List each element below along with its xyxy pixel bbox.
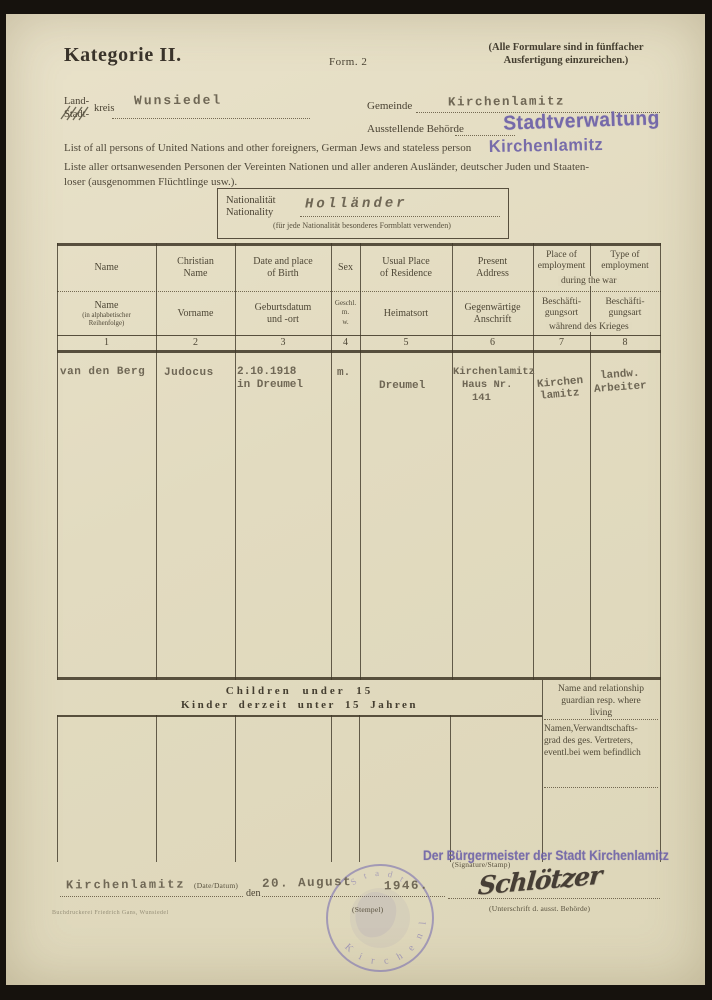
children-vline-left [57, 715, 58, 862]
copies-note-line2: Ausfertigung einzureichen.) [468, 55, 664, 68]
col3-number: 3 [235, 336, 331, 350]
nationality-note: (für jede Nationalität besonderes Formbl… [217, 221, 507, 230]
table-vline-right [660, 243, 661, 680]
authority-stamp-line2: Kirchenlamitz [489, 135, 604, 157]
col4-header-de: Geschl. m. w. [331, 292, 360, 334]
entry-address-line2: Haus Nr. [462, 379, 512, 391]
gemeinde-label: Gemeinde [367, 100, 412, 112]
col8-number: 8 [590, 336, 660, 350]
document-scan: Kategorie II. Form. 2 (Alle Formulare si… [0, 0, 712, 1000]
entry-christian-name: Judocus [164, 367, 214, 379]
col4-number: 4 [331, 336, 360, 350]
col7-number: 7 [533, 336, 590, 350]
kreis-label: kreis [94, 103, 114, 114]
district-value: Wunsiedel [134, 93, 222, 109]
col8-header-de: Beschäfti-gungsart [590, 294, 660, 322]
children-heading-de: Kinder derzeit unter 15 Jahren [57, 699, 542, 711]
table-bottom-line [57, 677, 661, 680]
col3-header-de: Geburtsdatumund -ort [235, 294, 331, 334]
guardian-box-dotted-2 [544, 787, 658, 788]
col4-header-en: Sex [331, 246, 360, 290]
entry-sex: m. [337, 367, 350, 379]
copies-note-line1: (Alle Formulare sind in fünffacher [468, 42, 664, 55]
employment-span-de: während des Krieges [546, 322, 632, 332]
footer-date-part2: 1946. [384, 879, 429, 894]
col1-header-de: Name (in alphabetischer Reihenfolge) [57, 294, 156, 334]
kreis-dotted-line [112, 118, 310, 119]
col1-header-en: Name [57, 246, 156, 290]
nationality-value: Holländer [305, 195, 408, 212]
guardian-box-right-line [660, 680, 661, 862]
col1-number: 1 [57, 336, 156, 350]
children-heading-line [57, 715, 542, 717]
col8-header-en: Type ofemployment [590, 246, 660, 276]
guardian-box-de: Namen,Verwandtschafts- grad des ges. Ver… [544, 723, 660, 759]
nationality-dotted-line [300, 216, 500, 217]
entry-birth-line1: 2.10.1918 [237, 366, 296, 378]
intro-german-line1: Liste aller ortsanwesenden Personen der … [64, 161, 589, 173]
entry-address-line3: 141 [472, 392, 491, 404]
entry-residence: Dreumel [379, 380, 425, 392]
intro-english: List of all persons of United Nations an… [64, 142, 471, 154]
entry-name: van den Berg [60, 366, 145, 378]
col2-header-de: Vorname [156, 294, 235, 334]
children-vline-4 [359, 715, 360, 862]
form-number: Form. 2 [329, 56, 367, 68]
children-heading-en: Children under 15 [57, 685, 542, 697]
stempel-label: (Stempel) [352, 905, 383, 914]
footer-date-part1: 20. August [262, 875, 352, 891]
strikethrough-mark [58, 104, 92, 122]
table-header-bottom-line [57, 350, 661, 353]
nationality-label-en: Nationality [226, 207, 273, 218]
col2-header-en: ChristianName [156, 246, 235, 290]
nationality-label-de: Nationalität [226, 195, 276, 206]
printer-imprint: Buchdruckerei Friedrich Gans, Wunsiedel [52, 910, 169, 916]
col3-header-en: Date and placeof Birth [235, 246, 331, 290]
paper-sheet [6, 14, 705, 985]
children-vline-3 [331, 715, 332, 862]
category-title: Kategorie II. [64, 44, 182, 67]
date-label: (Date/Datum) [194, 881, 238, 890]
employment-span-en: during the war [558, 276, 619, 286]
den-label: den [246, 888, 260, 899]
footer-place-dotted [60, 896, 243, 897]
entry-address-line1: Kirchenlamitz [453, 366, 535, 378]
authority-label: Ausstellende Behörde [367, 123, 464, 135]
col7-header-de: Beschäfti-gungsort [533, 294, 590, 322]
col6-header-de: GegenwärtigeAnschrift [452, 294, 533, 334]
signature-label: (Unterschrift d. ausst. Behörde) [489, 904, 590, 913]
children-vline-2 [235, 715, 236, 862]
guardian-box-dotted-1 [544, 719, 658, 720]
col5-number: 5 [360, 336, 452, 350]
gemeinde-value: Kirchenlamitz [448, 94, 565, 109]
entry-birth-line2: in Dreumel [237, 379, 303, 391]
intro-german-line2: loser (ausgenommen Flüchtlinge usw.). [64, 176, 237, 188]
col2-number: 2 [156, 336, 235, 350]
guardian-box-en: Name and relationship guardian resp. whe… [543, 684, 659, 720]
col7-header-en: Place ofemployment [533, 246, 590, 276]
col5-header-de: Heimatsort [360, 294, 452, 334]
footer-place-value: Kirchenlamitz [66, 878, 186, 893]
col6-number: 6 [452, 336, 533, 350]
children-vline-5 [450, 715, 451, 862]
col5-header-en: Usual Placeof Residence [360, 246, 452, 290]
children-vline-1 [156, 715, 157, 862]
burgermeister-stamp: Der Bürgermeister der Stadt Kirchenlamit… [423, 848, 669, 863]
col6-header-en: PresentAddress [452, 246, 533, 290]
